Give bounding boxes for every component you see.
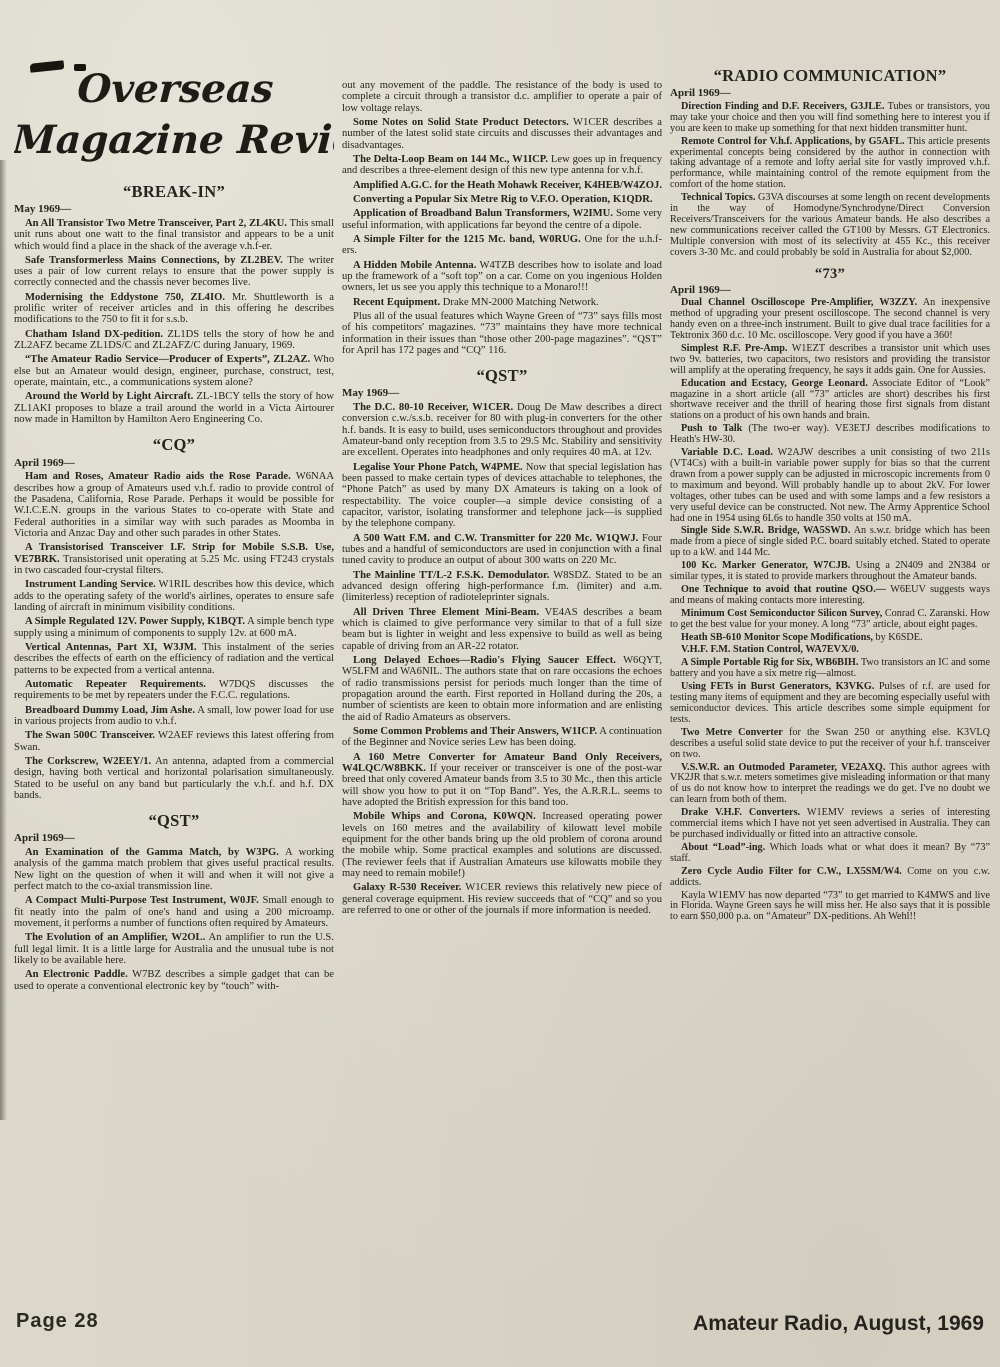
article-text: Drake MN-2000 Matching Network. [443,297,599,308]
issue-dateline: May 1969— [342,388,662,400]
article-paragraph: V.H.F. F.M. Station Control, WA7EVX/0. [670,645,990,656]
section-heading: “BREAK-IN” [14,183,334,201]
article-title-lead: Ham and Roses, Amateur Radio aids the Ro… [25,471,291,482]
article-paragraph: A 160 Metre Converter for Amateur Band O… [342,752,662,809]
article-paragraph: Education and Ecstacy, George Leonard. A… [670,379,990,423]
article-paragraph: The Corkscrew, W2EEY/1. An antenna, adap… [14,756,334,801]
article-text: out any movement of the paddle. The resi… [342,80,662,114]
article-paragraph: Kayla W1EMV has now departed “73” to get… [670,891,990,924]
article-paragraph: 100 Kc. Marker Generator, W7CJB. Using a… [670,561,990,583]
article-title-lead: 100 Kc. Marker Generator, W7CJB. [681,560,850,571]
magazine-issue-line: Amateur Radio, August, 1969 [693,1312,984,1336]
article-title-lead: Breadboard Dummy Load, Jim Ashe. [25,705,195,716]
article-title-lead: “The Amateur Radio Service—Producer of E… [25,354,310,365]
article-paragraph: Drake V.H.F. Converters. W1EMV reviews a… [670,808,990,841]
article-title-lead: Chatham Island DX-pedition. [25,329,163,340]
article-paragraph: Recent Equipment. Drake MN-2000 Matching… [342,297,662,308]
article-paragraph: “The Amateur Radio Service—Producer of E… [14,354,334,388]
article-paragraph: Single Side S.W.R. Bridge, WA5SWD. An s.… [670,526,990,559]
article-title-lead: The D.C. 80-10 Receiver, W1CER. [353,402,513,413]
article-title-lead: Minimum Cost Semiconductor Silicon Surve… [681,608,882,619]
article-paragraph: Zero Cycle Audio Filter for C.W., LX5SM/… [670,867,990,889]
article-title-lead: V.H.F. F.M. Station Control, WA7EVX/0. [681,644,859,655]
issue-dateline: April 1969— [14,833,334,845]
magazine-page: OverseasMagazine Review“BREAK-IN”May 196… [0,0,1000,1367]
article-title-lead: An Examination of the Gamma Match, by W3… [25,847,279,858]
article-title-lead: Two Metre Converter [681,727,783,738]
article-paragraph: Dual Channel Oscilloscope Pre-Amplifier,… [670,298,990,342]
article-paragraph: The Delta-Loop Beam on 144 Mc., W1ICP. L… [342,154,662,177]
article-title-lead: An All Transistor Two Metre Transceiver,… [25,218,287,229]
article-title-lead: A Simple Filter for the 1215 Mc. band, W… [353,234,581,245]
article-paragraph: A Hidden Mobile Antenna. W4TZB describes… [342,260,662,294]
article-paragraph: A 500 Watt F.M. and C.W. Transmitter for… [342,533,662,567]
issue-dateline: May 1969— [14,204,334,216]
article-title-lead: Recent Equipment. [353,297,440,308]
article-paragraph: Heath SB-610 Monitor Scope Modifications… [670,633,990,644]
article-title-lead: Drake V.H.F. Converters. [681,807,800,818]
title-line: Overseas [14,64,334,115]
article-title-lead: A Simple Portable Rig for Six, WB6BIH. [681,657,858,668]
article-paragraph: A Compact Multi-Purpose Test Instrument,… [14,895,334,929]
article-paragraph: Remote Control for V.h.f. Applications, … [670,137,990,192]
article-title-lead: Zero Cycle Audio Filter for C.W., LX5SM/… [681,866,902,877]
article-title-lead: The Delta-Loop Beam on 144 Mc., W1ICP. [353,154,548,165]
article-paragraph: About “Load”-ing. Which loads what or wh… [670,843,990,865]
article-text: Plus all of the usual features which Way… [342,311,662,356]
article-paragraph: Technical Topics. G3VA discourses at som… [670,193,990,258]
article-paragraph: Instrument Landing Service. W1RIL descri… [14,579,334,613]
article-paragraph: Two Metre Converter for the Swan 250 or … [670,728,990,761]
article-title-lead: Vertical Antennas, Part XI, W3JM. [25,642,197,653]
article-title-lead: All Driven Three Element Mini-Beam. [353,607,539,618]
issue-dateline: April 1969— [670,88,990,100]
magazine-review-title: OverseasMagazine Review [14,64,334,167]
article-title-lead: Application of Broadband Balun Transform… [353,208,613,219]
article-paragraph: An Electronic Paddle. W7BZ describes a s… [14,969,334,992]
article-text: by K6SDE. [876,632,923,643]
article-paragraph: V.S.W.R. an Outmoded Parameter, VE2AXQ. … [670,763,990,807]
article-paragraph: Breadboard Dummy Load, Jim Ashe. A small… [14,705,334,728]
page-number: Page 28 [16,1310,99,1333]
article-paragraph: Safe Transformerless Mains Connections, … [14,255,334,289]
article-paragraph: Simplest R.F. Pre-Amp. W1EZT describes a… [670,344,990,377]
article-title-lead: An Electronic Paddle. [25,969,128,980]
article-title-lead: Variable D.C. Load. [681,447,773,458]
article-title-lead: A Hidden Mobile Antenna. [353,260,476,271]
article-paragraph: A Simple Regulated 12V. Power Supply, K1… [14,616,334,639]
article-paragraph: Galaxy R-530 Receiver. W1CER reviews thi… [342,882,662,916]
article-paragraph: Minimum Cost Semiconductor Silicon Surve… [670,609,990,631]
article-title-lead: A Simple Regulated 12V. Power Supply, K1… [25,616,245,627]
article-title-lead: Amplified A.G.C. for the Heath Mohawk Re… [353,180,662,191]
section-heading: “QST” [342,367,662,385]
section-heading: “RADIO COMMUNICATION” [670,67,990,85]
section-heading: “QST” [14,812,334,830]
article-title-lead: Mobile Whips and Corona, K0WQN. [353,811,536,822]
article-text: Transistorised unit operating at 5.25 Mc… [14,554,334,576]
article-title-lead: One Technique to avoid that routine QSO.… [681,584,886,595]
article-title-lead: Push to Talk [681,423,742,434]
article-title-lead: Legalise Your Phone Patch, W4PME. [353,462,523,473]
article-title-lead: Heath SB-610 Monitor Scope Modifications… [681,632,873,643]
article-title-lead: The Evolution of an Amplifier, W2OL. [25,932,205,943]
article-paragraph: The Swan 500C Transceiver. W2AEF reviews… [14,730,334,753]
article-title-lead: Around the World by Light Aircraft. [25,391,193,402]
article-paragraph: Application of Broadband Balun Transform… [342,208,662,231]
article-title-lead: V.S.W.R. an Outmoded Parameter, VE2AXQ. [681,762,885,773]
article-title-lead: Automatic Repeater Requirements. [25,679,206,690]
article-paragraph: Automatic Repeater Requirements. W7DQS d… [14,679,334,702]
section-heading: “73” [670,267,990,283]
article-paragraph: Ham and Roses, Amateur Radio aids the Ro… [14,471,334,539]
article-paragraph: An All Transistor Two Metre Transceiver,… [14,218,334,252]
article-paragraph: Long Delayed Echoes—Radio's Flying Sauce… [342,655,662,723]
article-title-lead: Remote Control for V.h.f. Applications, … [681,136,905,147]
article-paragraph: A Simple Portable Rig for Six, WB6BIH. T… [670,658,990,680]
article-title-lead: Simplest R.F. Pre-Amp. [681,343,787,354]
article-paragraph: Some Common Problems and Their Answers, … [342,726,662,749]
article-title-lead: Modernising the Eddystone 750, ZL4IO. [25,292,225,303]
article-title-lead: Long Delayed Echoes—Radio's Flying Sauce… [353,655,616,666]
article-paragraph: Around the World by Light Aircraft. ZL-1… [14,391,334,425]
article-paragraph: Push to Talk (The two-er way). VE3ETJ de… [670,424,990,446]
article-paragraph: Legalise Your Phone Patch, W4PME. Now th… [342,462,662,530]
article-paragraph: Mobile Whips and Corona, K0WQN. Increase… [342,811,662,879]
article-title-lead: Dual Channel Oscilloscope Pre-Amplifier,… [681,297,917,308]
article-title-lead: Using FETs in Burst Generators, K3VKG. [681,681,874,692]
article-columns: OverseasMagazine Review“BREAK-IN”May 196… [14,54,990,1340]
article-title-lead: Technical Topics. [681,192,755,203]
article-paragraph: Vertical Antennas, Part XI, W3JM. This i… [14,642,334,676]
article-paragraph: Modernising the Eddystone 750, ZL4IO. Mr… [14,292,334,326]
scan-gutter-shadow [0,160,7,1120]
article-text: Kayla W1EMV has now departed “73” to get… [670,890,990,923]
title-line: Magazine Review [14,115,334,166]
article-paragraph: A Transistorised Transceiver I.F. Strip … [14,542,334,576]
article-title-lead: Converting a Popular Six Metre Rig to V.… [353,194,653,205]
article-paragraph: Converting a Popular Six Metre Rig to V.… [342,194,662,205]
article-paragraph: One Technique to avoid that routine QSO.… [670,585,990,607]
article-paragraph: Direction Finding and D.F. Receivers, G3… [670,102,990,135]
article-title-lead: The Swan 500C Transceiver. [25,730,155,741]
article-title-lead: Safe Transformerless Mains Connections, … [25,255,283,266]
article-title-lead: Galaxy R-530 Receiver. [353,882,461,893]
article-title-lead: Some Notes on Solid State Product Detect… [353,117,569,128]
article-paragraph: Variable D.C. Load. W2AJW describes a un… [670,448,990,524]
column-middle: out any movement of the paddle. The resi… [342,54,662,1340]
article-title-lead: The Mainline TT/L-2 F.S.K. Demodulator. [353,570,549,581]
article-paragraph: The Evolution of an Amplifier, W2OL. An … [14,932,334,966]
article-paragraph: An Examination of the Gamma Match, by W3… [14,847,334,892]
article-title-lead: Some Common Problems and Their Answers, … [353,726,597,737]
column-right: “RADIO COMMUNICATION”April 1969—Directio… [670,54,990,1318]
article-paragraph: A Simple Filter for the 1215 Mc. band, W… [342,234,662,257]
article-title-lead: A Compact Multi-Purpose Test Instrument,… [25,895,259,906]
article-title-lead: Education and Ecstacy, George Leonard. [681,378,868,389]
article-paragraph: Amplified A.G.C. for the Heath Mohawk Re… [342,180,662,191]
column-left: OverseasMagazine Review“BREAK-IN”May 196… [14,54,334,1324]
continuation-paragraph: out any movement of the paddle. The resi… [342,80,662,114]
section-heading: “CQ” [14,436,334,454]
issue-dateline: April 1969— [670,285,990,297]
issue-dateline: April 1969— [14,458,334,470]
article-paragraph: Some Notes on Solid State Product Detect… [342,117,662,151]
article-paragraph: The D.C. 80-10 Receiver, W1CER. Doug De … [342,402,662,459]
article-paragraph: All Driven Three Element Mini-Beam. VE4A… [342,607,662,652]
article-paragraph: The Mainline TT/L-2 F.S.K. Demodulator. … [342,570,662,604]
article-title-lead: A 500 Watt F.M. and C.W. Transmitter for… [353,533,638,544]
article-paragraph: Using FETs in Burst Generators, K3VKG. P… [670,682,990,726]
article-title-lead: Direction Finding and D.F. Receivers, G3… [681,101,885,112]
article-paragraph: Plus all of the usual features which Way… [342,311,662,356]
article-title-lead: Instrument Landing Service. [25,579,156,590]
article-paragraph: Chatham Island DX-pedition. ZL1DS tells … [14,329,334,352]
article-title-lead: The Corkscrew, W2EEY/1. [25,756,151,767]
article-title-lead: Single Side S.W.R. Bridge, WA5SWD. [681,525,850,536]
article-title-lead: About “Load”-ing. [681,842,765,853]
article-text: W2AJW describes a unit consisting of two… [670,447,990,523]
